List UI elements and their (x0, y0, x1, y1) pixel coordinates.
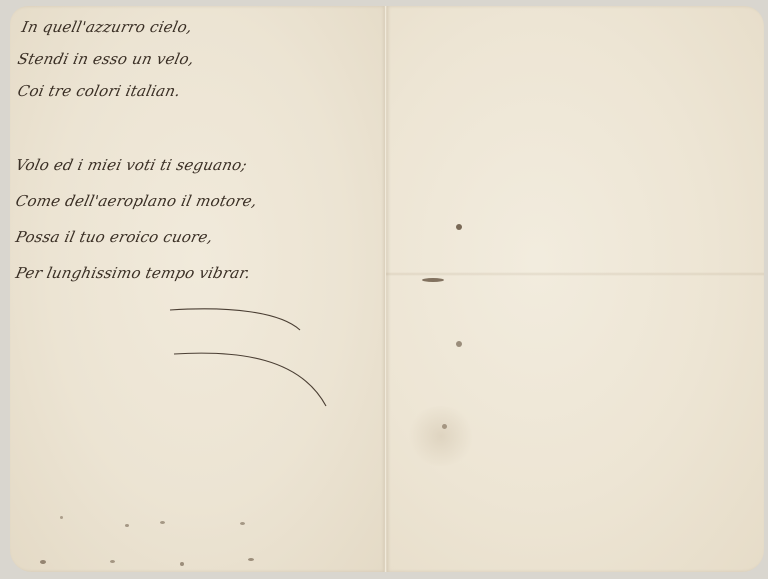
poem-line: Possa il tuo eroico cuore, (14, 228, 214, 246)
poem-line: Coi tre colori italian. (16, 82, 182, 100)
left-page: In quell'azzurro cielo, Stendi in esso u… (10, 6, 386, 572)
right-page (386, 6, 764, 572)
ink-spot (422, 278, 444, 282)
ink-spot (456, 224, 462, 230)
horizontal-fold (386, 272, 764, 276)
poem-line: Volo ed i miei voti ti seguano; (14, 156, 249, 174)
poem-line: Come dell'aeroplano il motore, (14, 192, 259, 210)
poem-line: In quell'azzurro cielo, (20, 18, 194, 36)
letter-sheet: In quell'azzurro cielo, Stendi in esso u… (0, 0, 768, 579)
center-fold (384, 6, 387, 572)
closing-flourish (160, 302, 360, 412)
poem-line: Per lunghissimo tempo vibrar. (14, 264, 252, 282)
ink-spot (456, 341, 462, 347)
poem-line: Stendi in esso un velo, (16, 50, 196, 68)
foxing-stain (406, 406, 476, 466)
